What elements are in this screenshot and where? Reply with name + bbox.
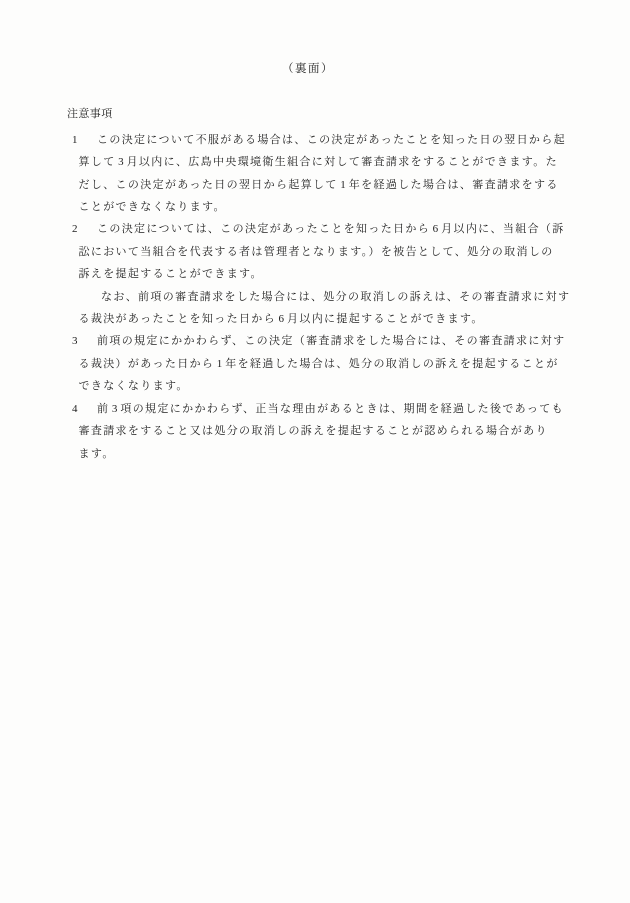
note-line: 訴えを提起することができます。 [67,263,610,285]
note-line: 審査請求をすること又は処分の取消しの訴えを提起することが認められる場合があり [67,420,610,442]
inline-number: 6 [276,313,287,325]
note-item-2: 2この決定については、この決定があったことを知った日から6月以内に、当組合（訴訟… [67,218,610,330]
note-line: る裁決）があった日から1年を経過した場合は、処分の取消しの訴えを提起することが [67,353,610,375]
note-line: る裁決があったことを知った日から6月以内に提起することができます。 [67,308,610,330]
note-line: 2この決定については、この決定があったことを知った日から6月以内に、当組合（訴 [67,218,610,240]
note-line: ことができなくなります。 [67,196,610,218]
note-item-number: 4 [72,398,78,420]
inline-number: 1 [214,358,225,370]
note-line: 3前項の規定にかかわらず、この決定（審査請求をした場合には、その審査請求に対す [67,330,610,352]
note-item-4: 4前3項の規定にかかわらず、正当な理由があるときは、期間を経過した後であっても審… [67,398,610,465]
note-line: 4前3項の規定にかかわらず、正当な理由があるときは、期間を経過した後であっても [67,398,610,420]
note-item-number: 3 [72,330,78,352]
notes-list: 1この決定について不服がある場合は、この決定があったことを知った日の翌日から起算… [67,129,610,465]
inline-number: 3 [116,156,127,168]
inline-number: 6 [430,223,441,235]
inline-number: 1 [338,179,349,191]
note-line: ます。 [67,443,610,465]
inline-number: 3 [109,403,120,415]
note-line: 算して3月以内に、広島中央環境衛生組合に対して審査請求をすることができます。た [67,151,610,173]
note-item-3: 3前項の規定にかかわらず、この決定（審査請求をした場合には、その審査請求に対する… [67,330,610,397]
note-item-1: 1この決定について不服がある場合は、この決定があったことを知った日の翌日から起算… [67,129,610,219]
document-page: （裏面） 注意事項 1この決定について不服がある場合は、この決定があったことを知… [0,0,630,903]
page-side-label: （裏面） [0,58,623,80]
section-title: 注意事項 [67,103,630,125]
note-line: できなくなります。 [67,375,610,397]
note-line: だし、この決定があった日の翌日から起算して1年を経過した場合は、審査請求をする [67,174,610,196]
note-item-number: 2 [72,218,78,240]
note-line: なお、前項の審査請求をした場合には、処分の取消しの訴えは、その審査請求に対す [67,286,610,308]
note-item-number: 1 [72,129,78,151]
note-line: 訟において当組合を代表する者は管理者となります。）を被告として、処分の取消しの [67,241,610,263]
note-line: 1この決定について不服がある場合は、この決定があったことを知った日の翌日から起 [67,129,610,151]
